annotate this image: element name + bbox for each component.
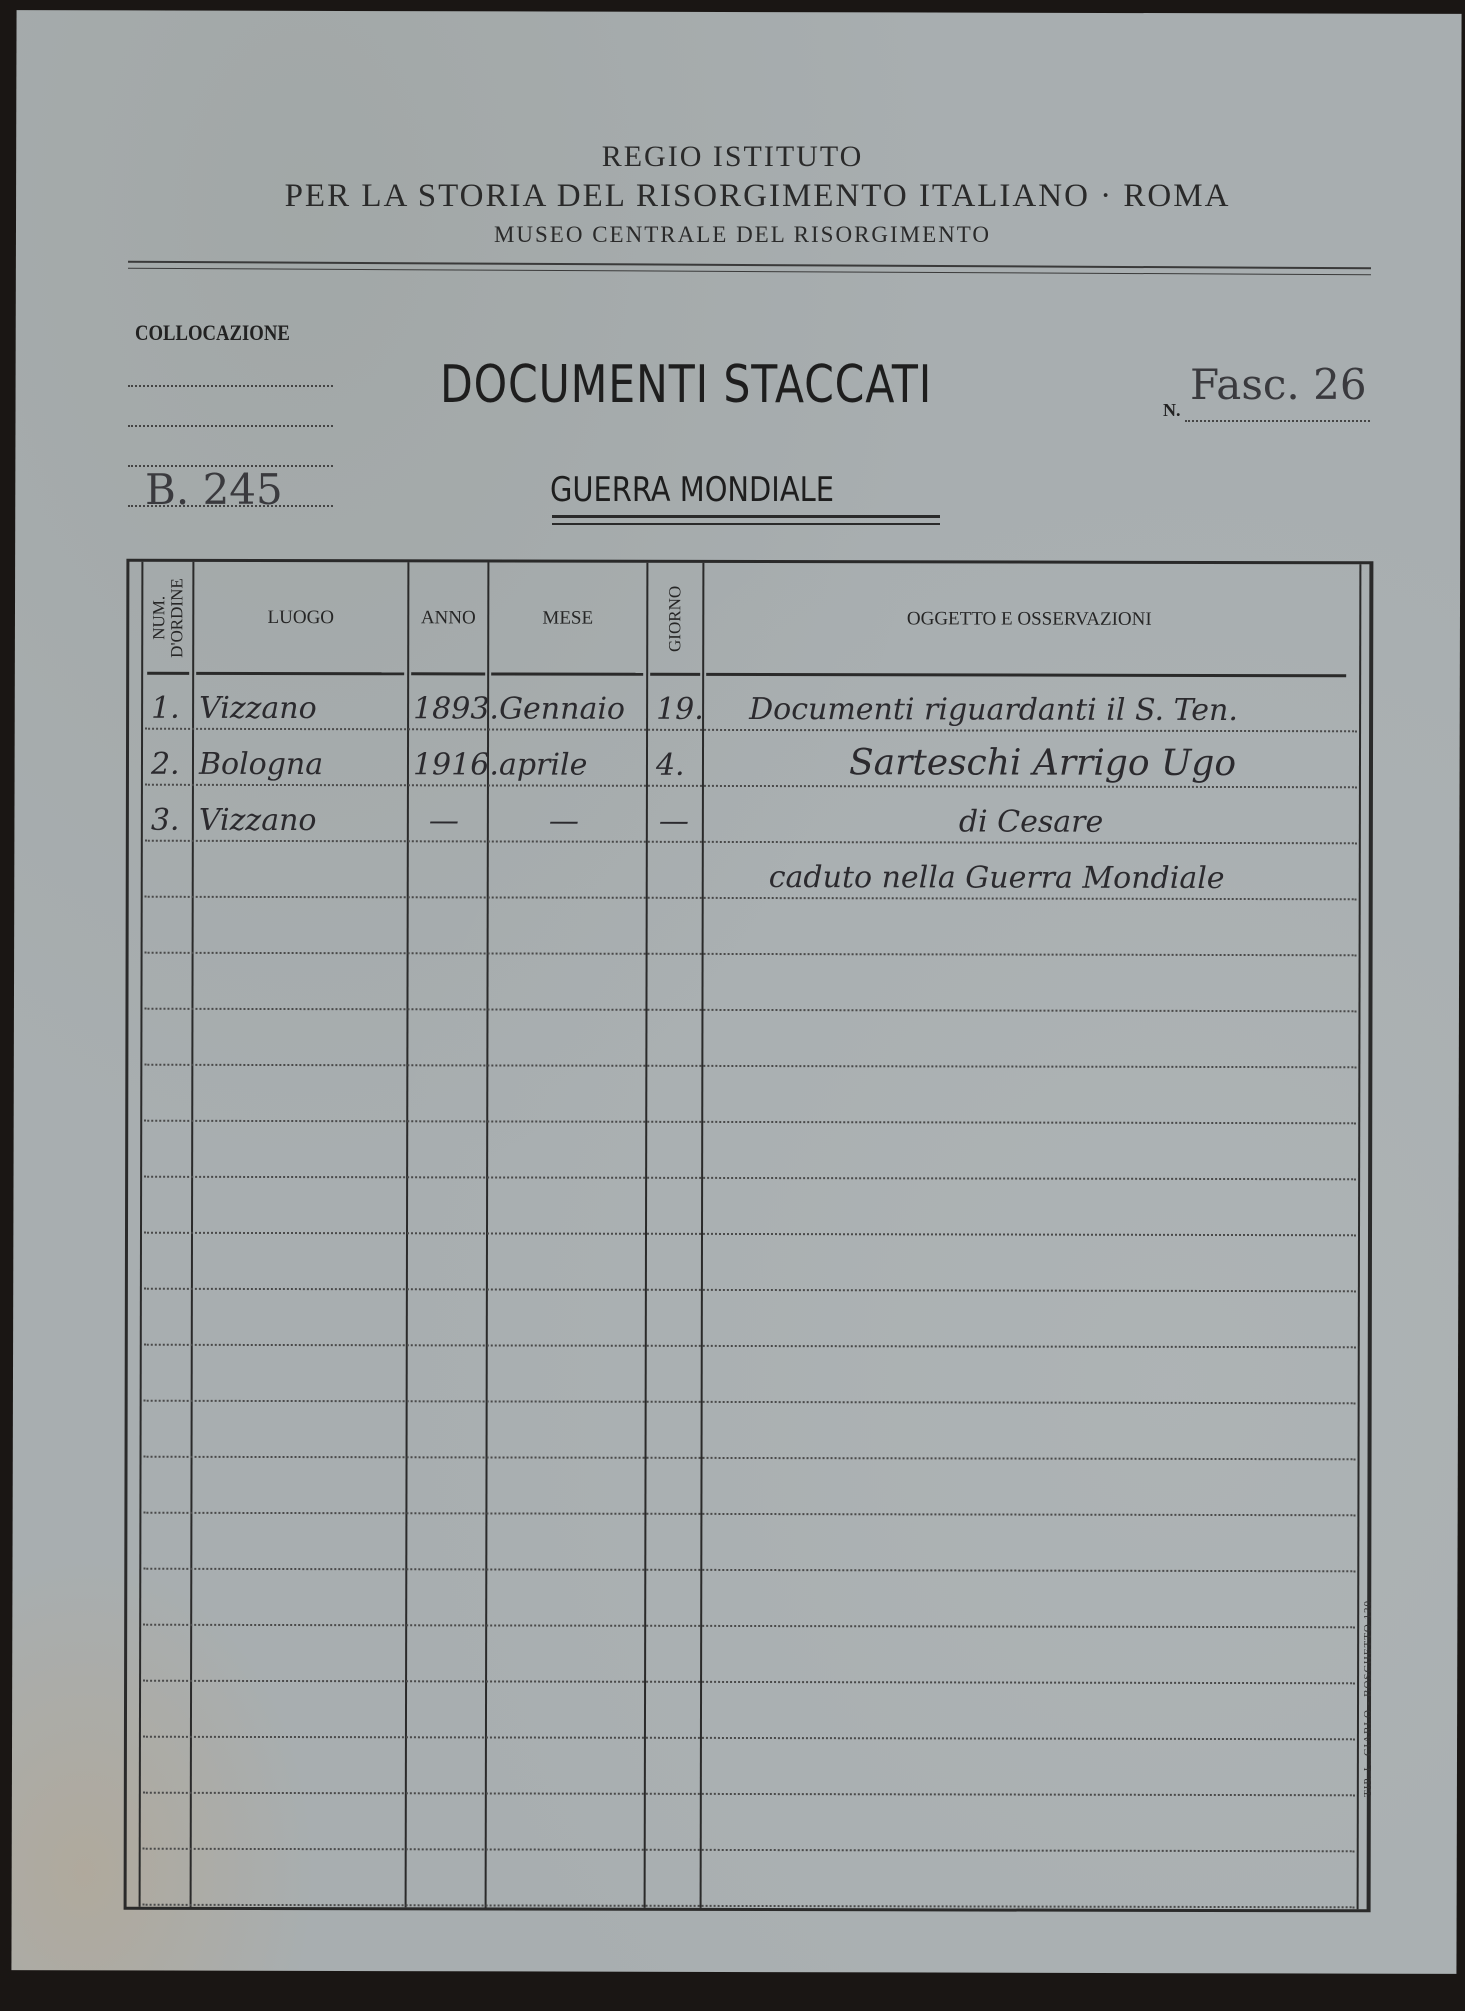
empty-row[interactable] [128, 1122, 1368, 1181]
empty-row[interactable] [127, 1570, 1367, 1629]
table-row: 2. Bologna 1916. aprile 4. Sarteschi Arr… [129, 730, 1369, 789]
empty-row[interactable] [127, 1682, 1367, 1741]
cell-anno[interactable]: 1893. [413, 691, 499, 726]
row-dotted-line [143, 1904, 1355, 1909]
register-table: NUM. D'ORDINE LUOGO ANNO MESE GIORNO OGG… [124, 559, 1374, 1913]
empty-row[interactable] [128, 1402, 1368, 1461]
cell-mese[interactable]: — [549, 804, 579, 839]
empty-row[interactable] [128, 1178, 1368, 1237]
cell-mese[interactable]: Gennaio [499, 691, 625, 726]
institution-name: REGIO ISTITUTO [0, 140, 1465, 174]
cell-giorno[interactable]: 19. [656, 692, 704, 727]
cell-luogo[interactable]: Vizzano [199, 803, 317, 838]
cell-anno[interactable]: — [429, 803, 459, 838]
empty-row[interactable] [127, 1794, 1367, 1853]
collocazione-label: COLLOCAZIONE [135, 320, 290, 346]
header-mese: MESE [489, 562, 646, 674]
subtitle-underline [552, 515, 940, 525]
header-giorno: GIORNO [648, 563, 702, 675]
number-label: N. [1163, 400, 1181, 421]
header-num: NUM. D'ORDINE [143, 562, 192, 674]
empty-row[interactable] [127, 1738, 1367, 1797]
cell-oggetto[interactable]: di Cesare [959, 804, 1103, 839]
printer-imprint: TIP. L. CIARLO - BOSCHETTO 120 [1362, 1600, 1374, 1797]
cell-luogo[interactable]: Bologna [199, 747, 323, 782]
table-row: 1. Vizzano 1893. Gennaio 19. Documenti r… [129, 674, 1369, 733]
empty-row[interactable] [128, 1290, 1368, 1349]
collocazione-line-4 [128, 505, 333, 507]
cell-oggetto[interactable]: Sarteschi Arrigo Ugo [849, 742, 1236, 784]
header-anno: ANNO [409, 562, 487, 674]
empty-row[interactable] [128, 1346, 1368, 1405]
institution-subtitle: PER LA STORIA DEL RISORGIMENTO ITALIANO … [0, 178, 1465, 215]
empty-row[interactable] [127, 1458, 1367, 1517]
number-value[interactable]: Fasc. 26 [1190, 360, 1367, 409]
table-row: caduto nella Guerra Mondiale [129, 842, 1369, 901]
empty-row[interactable] [127, 1514, 1367, 1573]
empty-row[interactable] [127, 1850, 1367, 1909]
number-line [1185, 420, 1370, 422]
cell-anno[interactable]: 1916. [413, 747, 499, 782]
cell-num[interactable]: 2. [151, 747, 180, 782]
cell-oggetto[interactable]: caduto nella Guerra Mondiale [769, 860, 1225, 896]
empty-row[interactable] [128, 1234, 1368, 1293]
header-luogo: LUOGO [194, 562, 407, 674]
empty-row[interactable] [128, 1066, 1368, 1125]
section-subtitle: GUERRA MONDIALE [550, 470, 834, 510]
empty-row[interactable] [129, 898, 1369, 957]
cell-luogo[interactable]: Vizzano [199, 691, 317, 726]
cell-giorno[interactable]: 4. [656, 748, 685, 783]
empty-row[interactable] [128, 1010, 1368, 1069]
collocazione-line-2 [128, 425, 333, 427]
cell-num[interactable]: 3. [151, 803, 180, 838]
cell-giorno[interactable]: — [659, 804, 689, 839]
header-oggetto: OGGETTO E OSSERVAZIONI [704, 563, 1354, 676]
museum-name: MUSEO CENTRALE DEL RISORGIMENTO [0, 222, 1465, 248]
collocazione-line-1 [128, 385, 333, 387]
cell-oggetto[interactable]: Documenti riguardanti il S. Ten. [749, 692, 1238, 728]
cell-mese[interactable]: aprile [499, 747, 587, 782]
table-row: 3. Vizzano — — — di Cesare [129, 786, 1369, 845]
empty-row[interactable] [127, 1626, 1367, 1685]
cell-num[interactable]: 1. [151, 691, 180, 726]
empty-row[interactable] [128, 954, 1368, 1013]
document-title: DOCUMENTI STACCATI [440, 355, 932, 415]
